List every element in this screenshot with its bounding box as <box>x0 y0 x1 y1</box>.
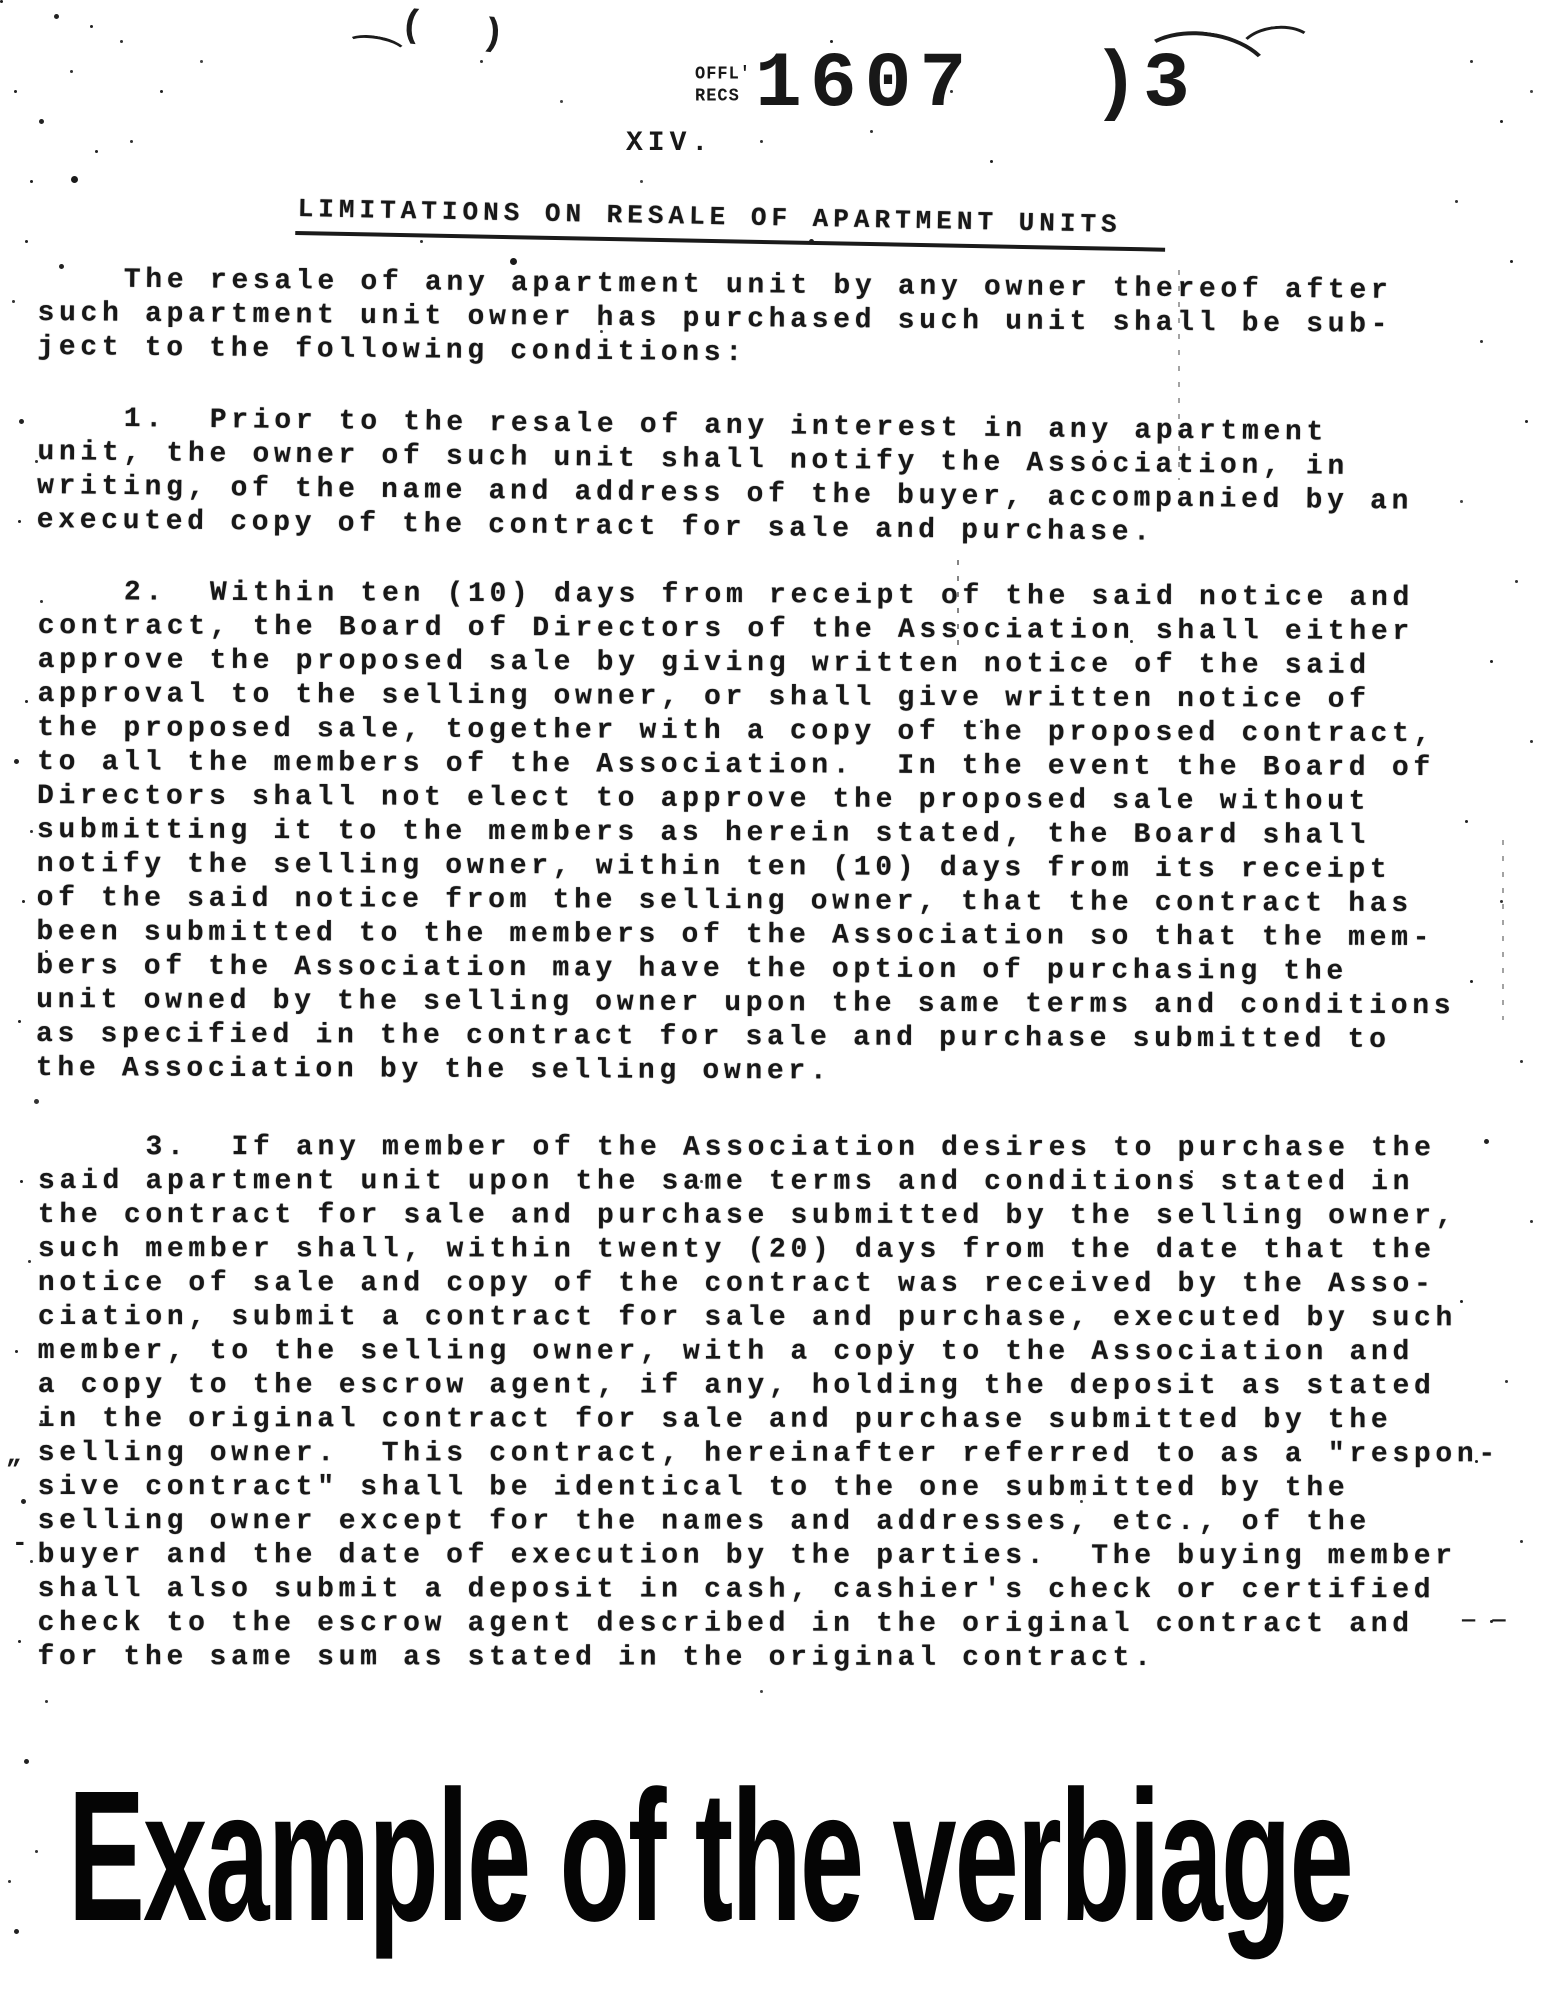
official-records-stamp: OFFL' RECS 1607 )3 <box>695 50 1194 120</box>
text-line: selling owner except for the names and a… <box>38 1505 1500 1540</box>
scan-margin-mark: - <box>12 1528 28 1558</box>
text-line: in the original contract for sale and pu… <box>38 1403 1500 1438</box>
text-line: said apartment unit upon the same terms … <box>38 1165 1500 1200</box>
stamp-prefix: OFFL' RECS <box>695 64 751 107</box>
text-line: the Association by the selling owner. <box>36 1052 1455 1092</box>
section-number: XIV. <box>626 128 713 159</box>
document-heading: LIMITATIONS ON RESALE OF APARTMENT UNITS <box>295 194 1166 252</box>
scan-paren-artifact: ( ) <box>398 4 524 60</box>
stamp-prefix-line2: RECS <box>695 86 751 108</box>
scan-margin-mark: „ <box>6 1440 22 1470</box>
scanned-document-page: ( ) — — „ - OFFL' RECS 1607 )3 XIV. LIMI… <box>0 0 1545 2000</box>
text-line: the contract for sale and purchase submi… <box>38 1199 1500 1234</box>
text-line: buyer and the date of execution by the p… <box>38 1539 1500 1574</box>
stamp-page-number: )3 <box>1092 50 1194 120</box>
text-line: selling owner. This contract, hereinafte… <box>38 1437 1500 1472</box>
paragraph-item-2: 2. Within ten (10) days from receipt of … <box>36 576 1457 1092</box>
stamp-prefix-line1: OFFL' <box>695 64 751 86</box>
scan-speckle-noise <box>0 0 3 3</box>
text-line: ciation, submit a contract for sale and … <box>38 1301 1500 1336</box>
text-line: such member shall, within twenty (20) da… <box>38 1233 1500 1268</box>
text-line: check to the escrow agent described in t… <box>38 1607 1500 1642</box>
text-line: 3. If any member of the Association desi… <box>38 1131 1500 1166</box>
paragraph-item-3: 3. If any member of the Association desi… <box>38 1131 1501 1676</box>
text-line: sive contract" shall be identical to the… <box>38 1471 1500 1506</box>
caption-text: Example of the verbiage <box>68 1764 1352 1950</box>
scan-streak <box>1502 840 1504 1020</box>
text-line: shall also submit a deposit in cash, cas… <box>38 1573 1500 1608</box>
text-line: member, to the selling owner, with a cop… <box>38 1335 1500 1370</box>
text-line: a copy to the escrow agent, if any, hold… <box>38 1369 1500 1404</box>
text-line: for the same sum as stated in the origin… <box>38 1641 1500 1676</box>
text-line: notice of sale and copy of the contract … <box>38 1267 1500 1302</box>
paragraph-intro: The resale of any apartment unit by any … <box>37 263 1393 377</box>
paragraph-item-1: 1. Prior to the resale of any interest i… <box>36 402 1414 554</box>
stamp-book-number: 1607 <box>755 50 974 120</box>
